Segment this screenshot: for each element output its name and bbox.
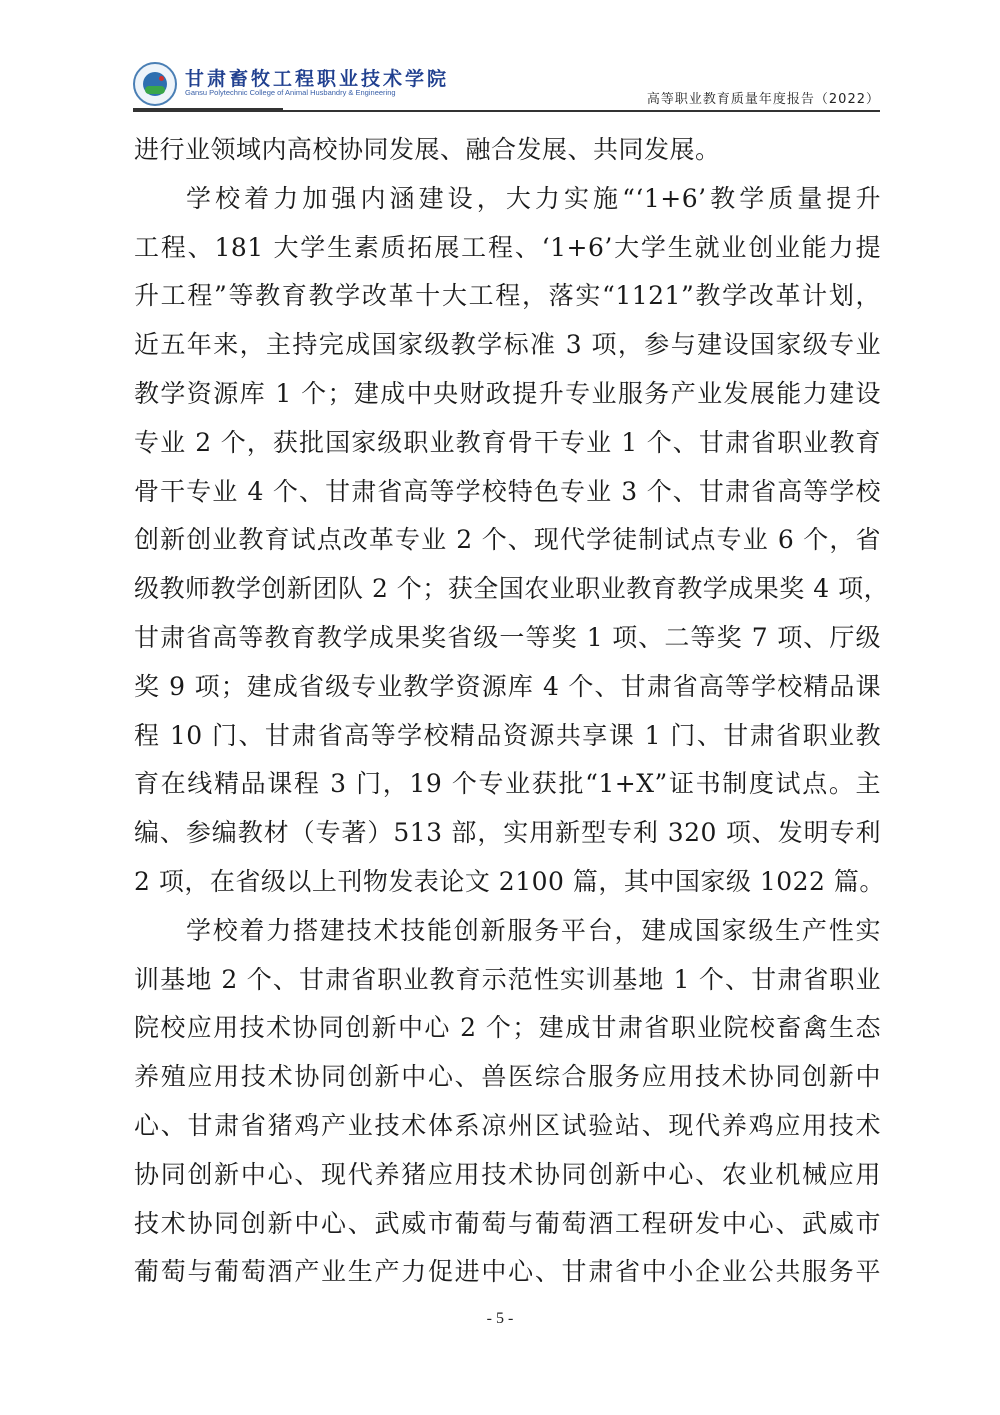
text-line: 骨干专业 4 个、甘肃省高等学校特色专业 3 个、甘肃省高等学校 [134, 468, 881, 517]
text-line: 甘肃省高等教育教学成果奖省级一等奖 1 项、二等奖 7 项、厅级 [134, 614, 881, 663]
text-line: 育在线精品课程 3 门，19 个专业获批“1+X”证书制度试点。主 [134, 760, 881, 809]
text-line: 进行业领域内高校协同发展、融合发展、共同发展。 [134, 126, 881, 175]
text-line: 奖 9 项；建成省级专业教学资源库 4 个、甘肃省高等学校精品课 [134, 663, 881, 712]
text-line: 级教师教学创新团队 2 个；获全国农业职业教育教学成果奖 4 项， [134, 565, 881, 614]
text-line: 程 10 门、甘肃省高等学校精品资源共享课 1 门、甘肃省职业教 [134, 712, 881, 761]
page-number: - 5 - [0, 1310, 1000, 1328]
text-line: 工程、181 大学生素质拓展工程、‘1+6’大学生就业创业能力提 [134, 224, 881, 273]
text-line: 教学资源库 1 个；建成中央财政提升专业服务产业发展能力建设 [134, 370, 881, 419]
text-line: 心、甘肃省猪鸡产业技术体系凉州区试验站、现代养鸡应用技术 [134, 1102, 881, 1151]
text-line: 学校着力搭建技术技能创新服务平台，建成国家级生产性实 [134, 907, 881, 956]
text-line: 协同创新中心、现代养猪应用技术协同创新中心、农业机械应用 [134, 1151, 881, 1200]
text-line: 创新创业教育试点改革专业 2 个、现代学徒制试点专业 6 个，省 [134, 516, 881, 565]
text-line: 2 项，在省级以上刊物发表论文 2100 篇，其中国家级 1022 篇。 [134, 858, 881, 907]
text-line: 近五年来，主持完成国家级教学标准 3 项，参与建设国家级专业 [134, 321, 881, 370]
text-line: 编、参编教材（专著）513 部，实用新型专利 320 项、发明专利 [134, 809, 881, 858]
text-line: 训基地 2 个、甘肃省职业教育示范性实训基地 1 个、甘肃省职业 [134, 956, 881, 1005]
text-line: 学校着力加强内涵建设，大力实施“‘1+6’教学质量提升 [134, 175, 881, 224]
header-rule [133, 110, 880, 112]
emblem-green-band [145, 86, 165, 94]
text-line: 技术协同创新中心、武威市葡萄与葡萄酒工程研发中心、武威市 [134, 1200, 881, 1249]
emblem-red-dot [159, 76, 164, 81]
college-name-cn: 甘肃畜牧工程职业技术学院 [185, 64, 449, 91]
text-line: 专业 2 个，获批国家级职业教育骨干专业 1 个、甘肃省职业教育 [134, 419, 881, 468]
college-name-en: Gansu Polytechnic College of Animal Husb… [185, 88, 396, 97]
text-line: 养殖应用技术协同创新中心、兽医综合服务应用技术协同创新中 [134, 1053, 881, 1102]
page-header: 甘肃畜牧工程职业技术学院 Gansu Polytechnic College o… [133, 60, 880, 110]
document-body: 进行业领域内高校协同发展、融合发展、共同发展。 学校着力加强内涵建设，大力实施“… [134, 126, 881, 1297]
text-line: 院校应用技术协同创新中心 2 个；建成甘肃省职业院校畜禽生态 [134, 1004, 881, 1053]
paragraph-2: 学校着力加强内涵建设，大力实施“‘1+6’教学质量提升 工程、181 大学生素质… [134, 175, 881, 907]
text-line: 葡萄与葡萄酒产业生产力促进中心、甘肃省中小企业公共服务平 [134, 1248, 881, 1297]
college-emblem-icon [133, 62, 177, 106]
text-line: 升工程”等教育教学改革十大工程，落实“1121”教学改革计划， [134, 272, 881, 321]
paragraph-1: 进行业领域内高校协同发展、融合发展、共同发展。 [134, 126, 881, 175]
report-title: 高等职业教育质量年度报告（2022） [647, 88, 880, 107]
paragraph-3: 学校着力搭建技术技能创新服务平台，建成国家级生产性实 训基地 2 个、甘肃省职业… [134, 907, 881, 1297]
